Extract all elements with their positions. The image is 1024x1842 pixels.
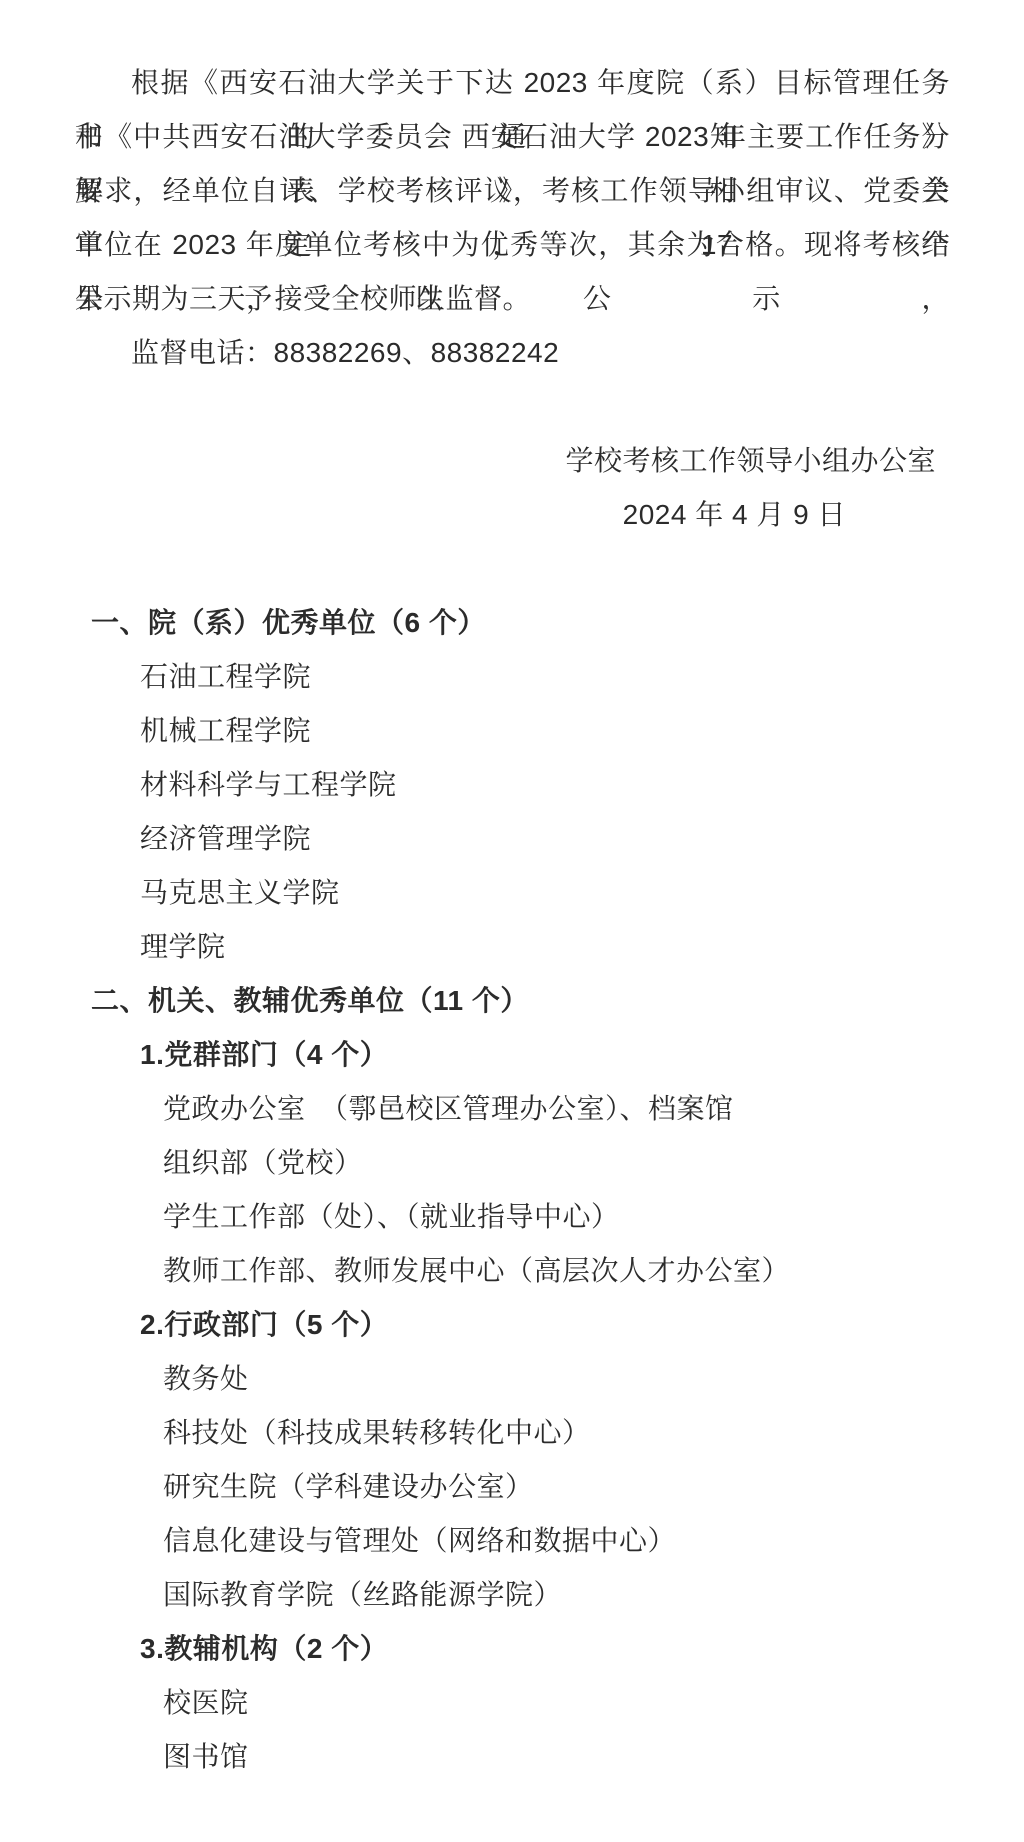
section-1-title: 一、院（系）优秀单位（6 个） [75, 596, 950, 650]
list-item: 马克思主义学院 [75, 866, 950, 920]
intro-line: 要求，经单位自评、学校考核评议，考核工作领导小组审议、党委会审定，17 个 [75, 164, 950, 218]
list-item: 科技处（科技成果转移转化中心） [75, 1406, 950, 1460]
list-item: 石油工程学院 [75, 650, 950, 704]
list-item: 研究生院（学科建设办公室） [75, 1460, 950, 1514]
subsection-1-title: 1.党群部门（4 个） [75, 1028, 950, 1082]
list-item: 国际教育学院（丝路能源学院） [75, 1568, 950, 1622]
list-item: 信息化建设与管理处（网络和数据中心） [75, 1514, 950, 1568]
list-item: 组织部（党校） [75, 1136, 950, 1190]
list-item: 机械工程学院 [75, 704, 950, 758]
subsection-2-title: 2.行政部门（5 个） [75, 1298, 950, 1352]
section-2-title: 二、机关、教辅优秀单位（11 个） [75, 974, 950, 1028]
list-item: 经济管理学院 [75, 812, 950, 866]
list-item: 党政办公室 （鄠邑校区管理办公室）、档案馆 [75, 1082, 950, 1136]
list-item: 材料科学与工程学院 [75, 758, 950, 812]
document-date: 2024 年 4 月 9 日 [75, 488, 950, 542]
list-item: 学生工作部（处）、（就业指导中心） [75, 1190, 950, 1244]
list-item: 校医院 [75, 1676, 950, 1730]
document-content: 根据《西安石油大学关于下达 2023 年度院（系）目标管理任务书的通知》 和《中… [0, 0, 1024, 1784]
intro-line: 单位在 2023 年度单位考核中为优秀等次，其余为合格。现将考核结果予以公示， [75, 218, 950, 272]
list-item: 教师工作部、教师发展中心（高层次人才办公室） [75, 1244, 950, 1298]
signature-office: 学校考核工作领导小组办公室 [75, 434, 950, 488]
subsection-3-title: 3.教辅机构（2 个） [75, 1622, 950, 1676]
list-item: 理学院 [75, 920, 950, 974]
document-page: 根据《西安石油大学关于下达 2023 年度院（系）目标管理任务书的通知》 和《中… [0, 0, 1024, 1842]
intro-line: 和《中共西安石油大学委员会 西安石油大学 2023 年主要工作任务分解表》相关 [75, 110, 950, 164]
spacer [75, 542, 950, 596]
supervision-hotline: 监督电话：88382269、88382242 [75, 326, 950, 380]
intro-line: 根据《西安石油大学关于下达 2023 年度院（系）目标管理任务书的通知》 [75, 56, 950, 110]
list-item: 教务处 [75, 1352, 950, 1406]
spacer [75, 380, 950, 434]
list-item: 图书馆 [75, 1730, 950, 1784]
